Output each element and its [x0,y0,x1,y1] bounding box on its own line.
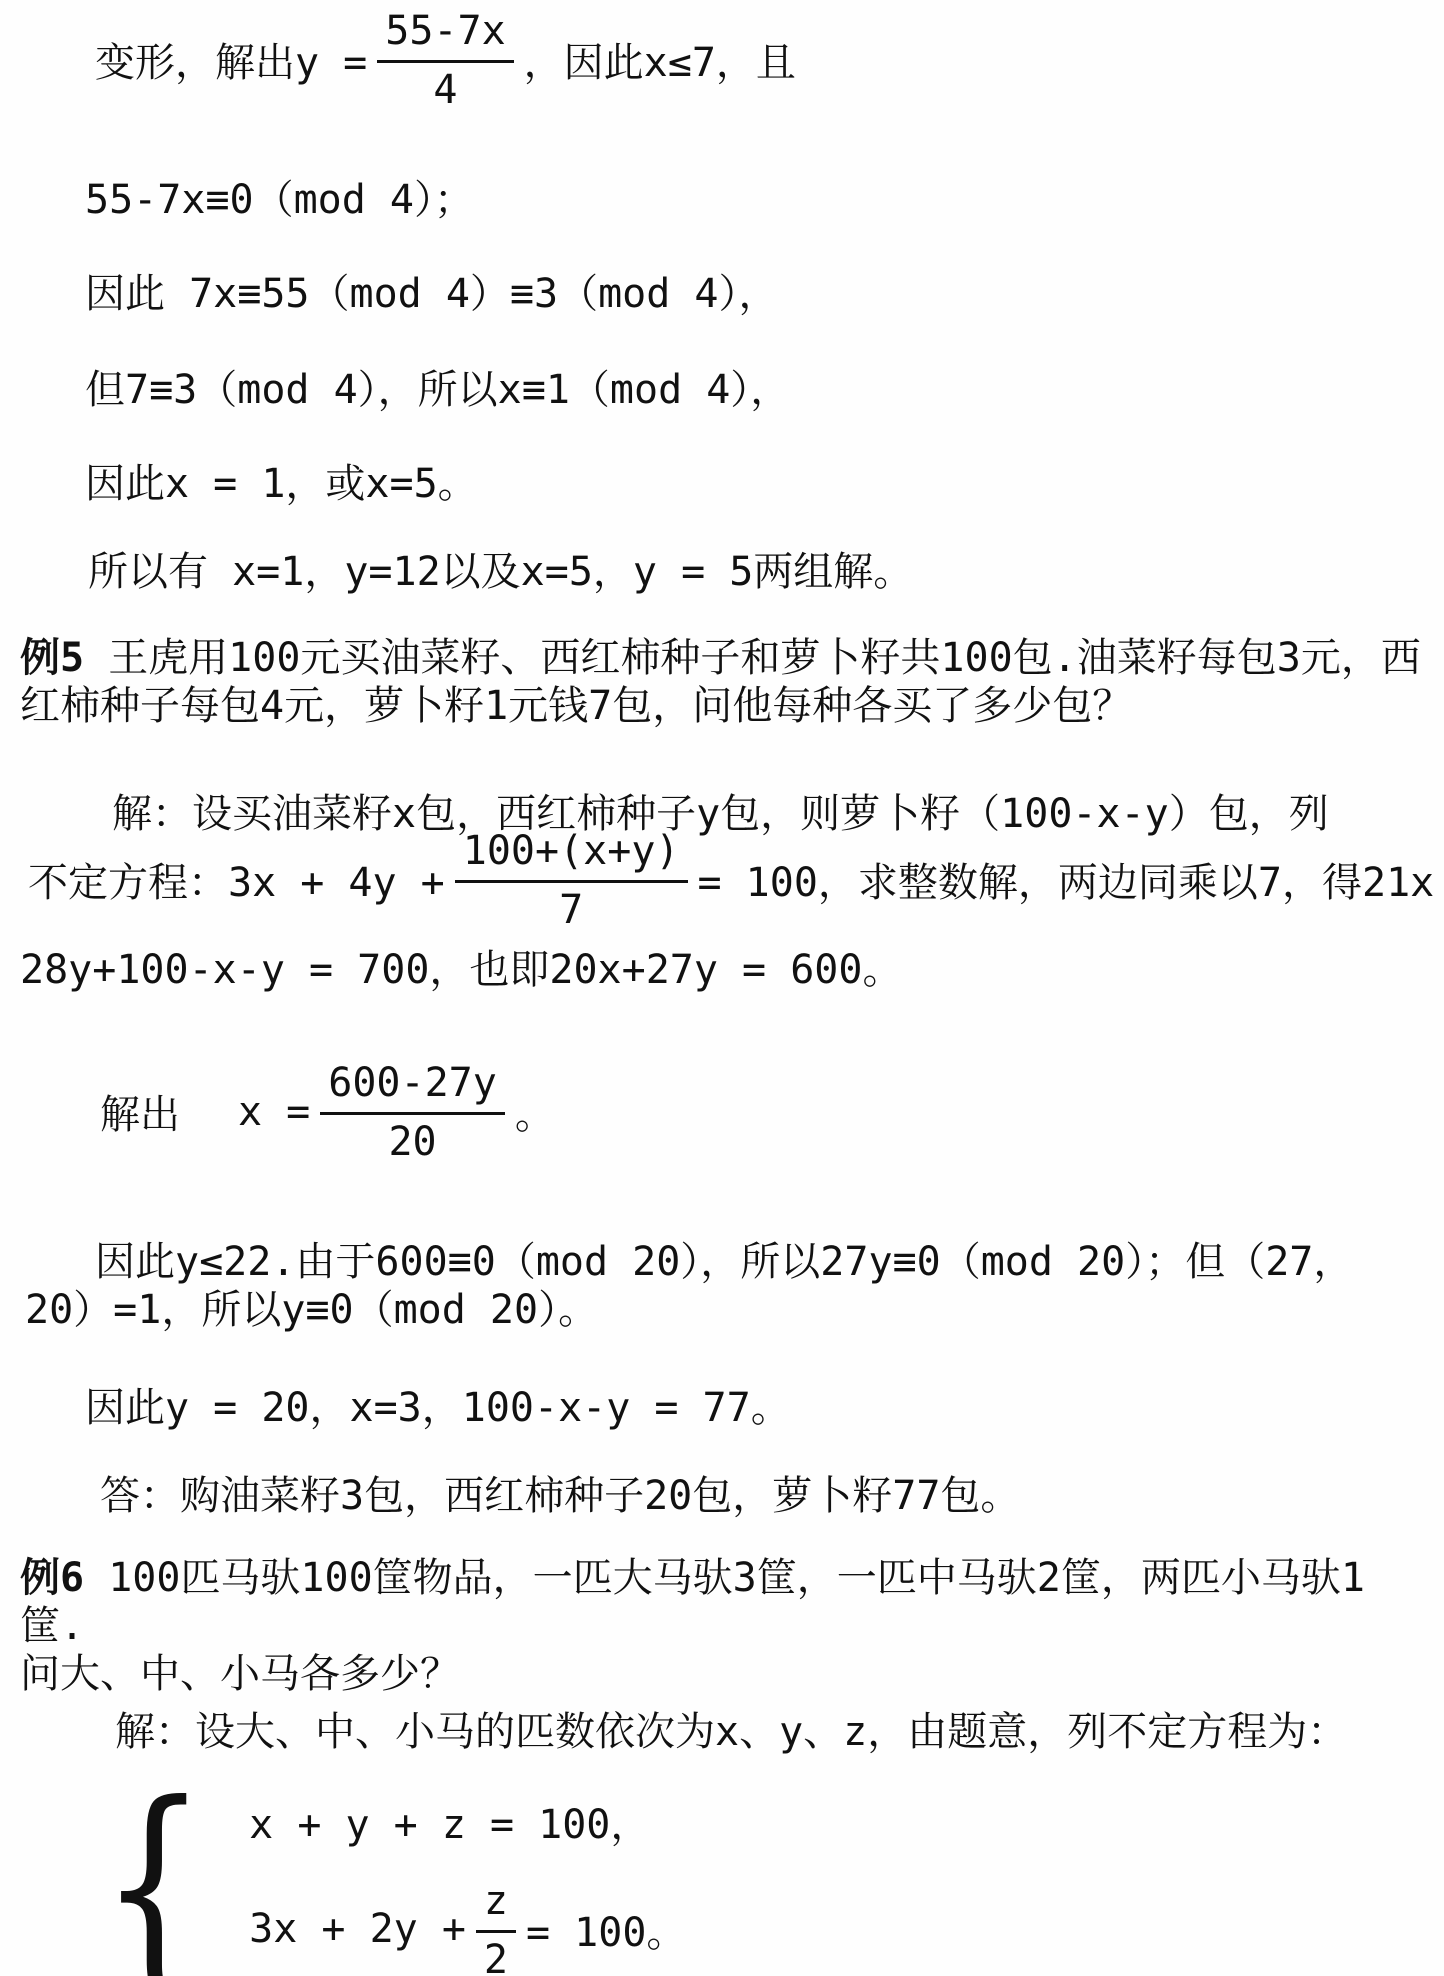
document-page: 变形，解出y = 55-7x 4 ，因此x≤7，且 55-7x≡0（mod 4）… [0,0,1444,1976]
mod-line-3: 但7≡3（mod 4），所以x≡1（mod 4）， [85,358,790,415]
equation-column: x + y + z = 100， 3x + 2y + z 2 = 100。 [249,1793,686,1976]
formula-pre-text: 变形，解出y = [95,31,367,88]
fraction: 600-27y 20 [320,1058,505,1165]
solution6-intro-line: 解：设大、中、小马的匹数依次为x、y、z，由题意，列不定方程为： [115,1700,1347,1757]
fraction-denominator: 20 [380,1115,444,1165]
example6-line2: 问大、中、小马各多少？ [20,1650,1428,1698]
left-curly-brace: { [100,1792,207,1976]
mod-line-2: 因此 7x≡55（mod 4）≡3（mod 4）， [85,262,778,319]
solution5-expand-line: 28y+100-x-y = 700，也即20x+27y = 600。 [20,938,902,995]
conclusion-line: 所以有 x=1，y=12以及x=5，y = 5两组解。 [88,540,913,597]
fraction-numerator: 600-27y [320,1058,505,1115]
solve-post-text: 。 [515,1083,555,1140]
example5-label: 例5 [20,635,84,681]
fraction: z 2 [476,1876,516,1976]
solution5-equation-line: 不定方程：3x + 4y + 100+(x+y) 7 = 100，求整数解，两边… [28,826,1444,933]
solution5-solve-line: 解出 x = 600-27y 20 。 [100,1058,555,1165]
solution5-answer-line: 答：购油菜籽3包，西红柿种子20包，萝卜籽77包。 [100,1464,1020,1521]
solution5-result-line: 因此y = 20，x=3，100-x-y = 77。 [85,1376,791,1433]
example5-text1: 王虎用100元买油菜籽、西红柿种子和萝卜籽共100包.油菜籽每包3元，西 [108,635,1421,681]
equation-system: { x + y + z = 100， 3x + 2y + z 2 = 100。 [100,1792,686,1976]
fraction: 100+(x+y) 7 [455,826,688,933]
solve-label: 解出 [100,1083,180,1140]
equation2-pre-text: 3x + 2y + [249,1906,466,1952]
fraction-numerator: 100+(x+y) [455,826,688,883]
system-equation-1: x + y + z = 100， [249,1793,686,1850]
system-equation-2: 3x + 2y + z 2 = 100。 [249,1876,686,1976]
example6-text1: 100匹马驮100筐物品，一匹大马驮3筐，一匹中马驮2筐，两匹小马驮1筐. [20,1555,1365,1649]
solve-pre-text: x = [238,1089,310,1135]
solution5-mod-line2: 20）=1，所以y≡0（mod 20）。 [25,1278,598,1335]
example6-label: 例6 [20,1555,84,1601]
fraction-numerator: 55-7x [377,6,513,63]
fraction: 55-7x 4 [377,6,513,113]
equation-post-text: = 100，求整数解，两边同乘以7，得21x + [698,851,1444,908]
fraction-denominator: 7 [551,883,591,933]
example5-line2: 红柿种子每包4元，萝卜籽1元钱7包，问他每种各买了多少包？ [20,682,1428,730]
fraction-denominator: 2 [476,1933,516,1976]
example6-paragraph: 例6 100匹马驮100筐物品，一匹大马驮3筐，一匹中马驮2筐，两匹小马驮1筐.… [20,1554,1428,1698]
equation-pre-text: 不定方程：3x + 4y + [28,851,445,908]
example5-paragraph: 例5 王虎用100元买油菜籽、西红柿种子和萝卜籽共100包.油菜籽每包3元，西 … [20,634,1428,730]
equation2-post-text: = 100。 [526,1901,686,1958]
formula-post-text: ，因此x≤7，且 [524,31,796,88]
example6-line1: 例6 100匹马驮100筐物品，一匹大马驮3筐，一匹中马驮2筐，两匹小马驮1筐. [20,1554,1428,1650]
example5-line1: 例5 王虎用100元买油菜籽、西红柿种子和萝卜籽共100包.油菜籽每包3元，西 [20,634,1428,682]
case-line: 因此x = 1，或x=5。 [85,452,478,509]
fraction-denominator: 4 [425,63,465,113]
formula-line-derive: 变形，解出y = 55-7x 4 ，因此x≤7，且 [95,6,796,113]
fraction-numerator: z [476,1876,516,1933]
mod-line-1: 55-7x≡0（mod 4）； [85,168,474,225]
